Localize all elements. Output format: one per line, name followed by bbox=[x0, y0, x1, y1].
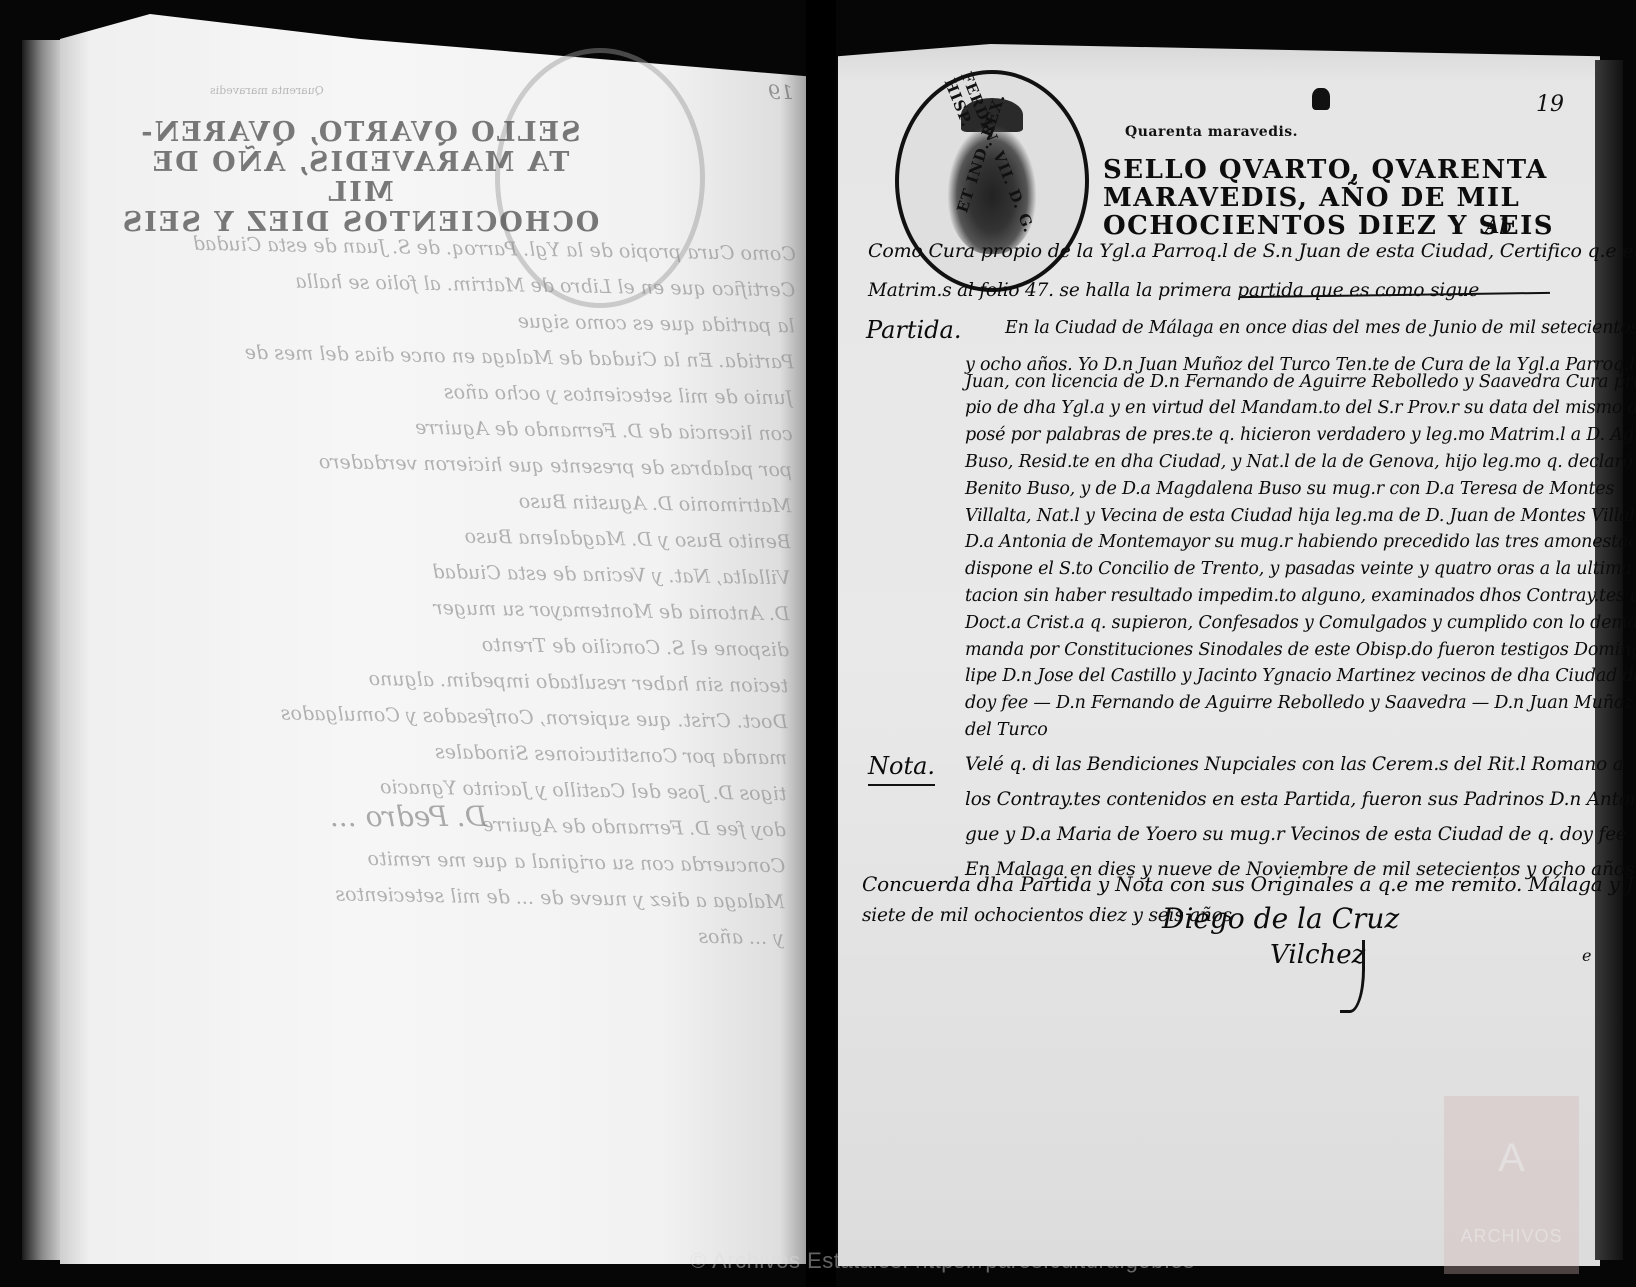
bleed-signature: D. Pedro ... bbox=[330, 800, 487, 833]
book-gutter bbox=[806, 0, 836, 1287]
stamp-emblem-icon bbox=[1312, 88, 1330, 110]
bleed-folio-number: 19 bbox=[768, 80, 793, 104]
folio-number: 19 bbox=[1536, 92, 1564, 117]
stamp-annotation: Ab bbox=[1485, 214, 1512, 238]
partida-label: Partida. bbox=[866, 316, 961, 344]
archive-logo-watermark: A ARCHIVOS bbox=[1444, 1096, 1579, 1274]
nota-line-2: los Contray.tes contenidos en esta Parti… bbox=[965, 789, 1636, 810]
margin-mark: e bbox=[1582, 946, 1591, 965]
concuerda-line-1: Concuerda dha Partida y Nota con sus Ori… bbox=[862, 872, 1636, 896]
nota-line-3: gue y D.a Maria de Yoero su mug.r Vecino… bbox=[965, 824, 1627, 845]
bleed-stamp-heading: SELLO QVARTO, QVAREN- TA MARAVEDIS, AÑO … bbox=[120, 118, 600, 238]
nota-label: Nota. bbox=[868, 752, 935, 786]
left-page-edge bbox=[22, 40, 62, 1260]
nota-line-1: Velé q. di las Bendiciones Nupciales con… bbox=[965, 754, 1624, 775]
signature-name: Diego de la Cruz bbox=[1162, 902, 1399, 935]
document-viewer: 19 Quarenta maravedis SELLO QVARTO, QVAR… bbox=[0, 0, 1636, 1287]
stamp-value-line: Quarenta maravedis. bbox=[1125, 124, 1298, 140]
copyright-watermark: © Archivos Estatales. https://pares.cult… bbox=[690, 1248, 1195, 1274]
bleed-stamp-value: Quarenta maravedis bbox=[210, 84, 324, 97]
bleed-through-text: Como Cura propio de la Ygl. Parroq. de S… bbox=[64, 224, 796, 956]
